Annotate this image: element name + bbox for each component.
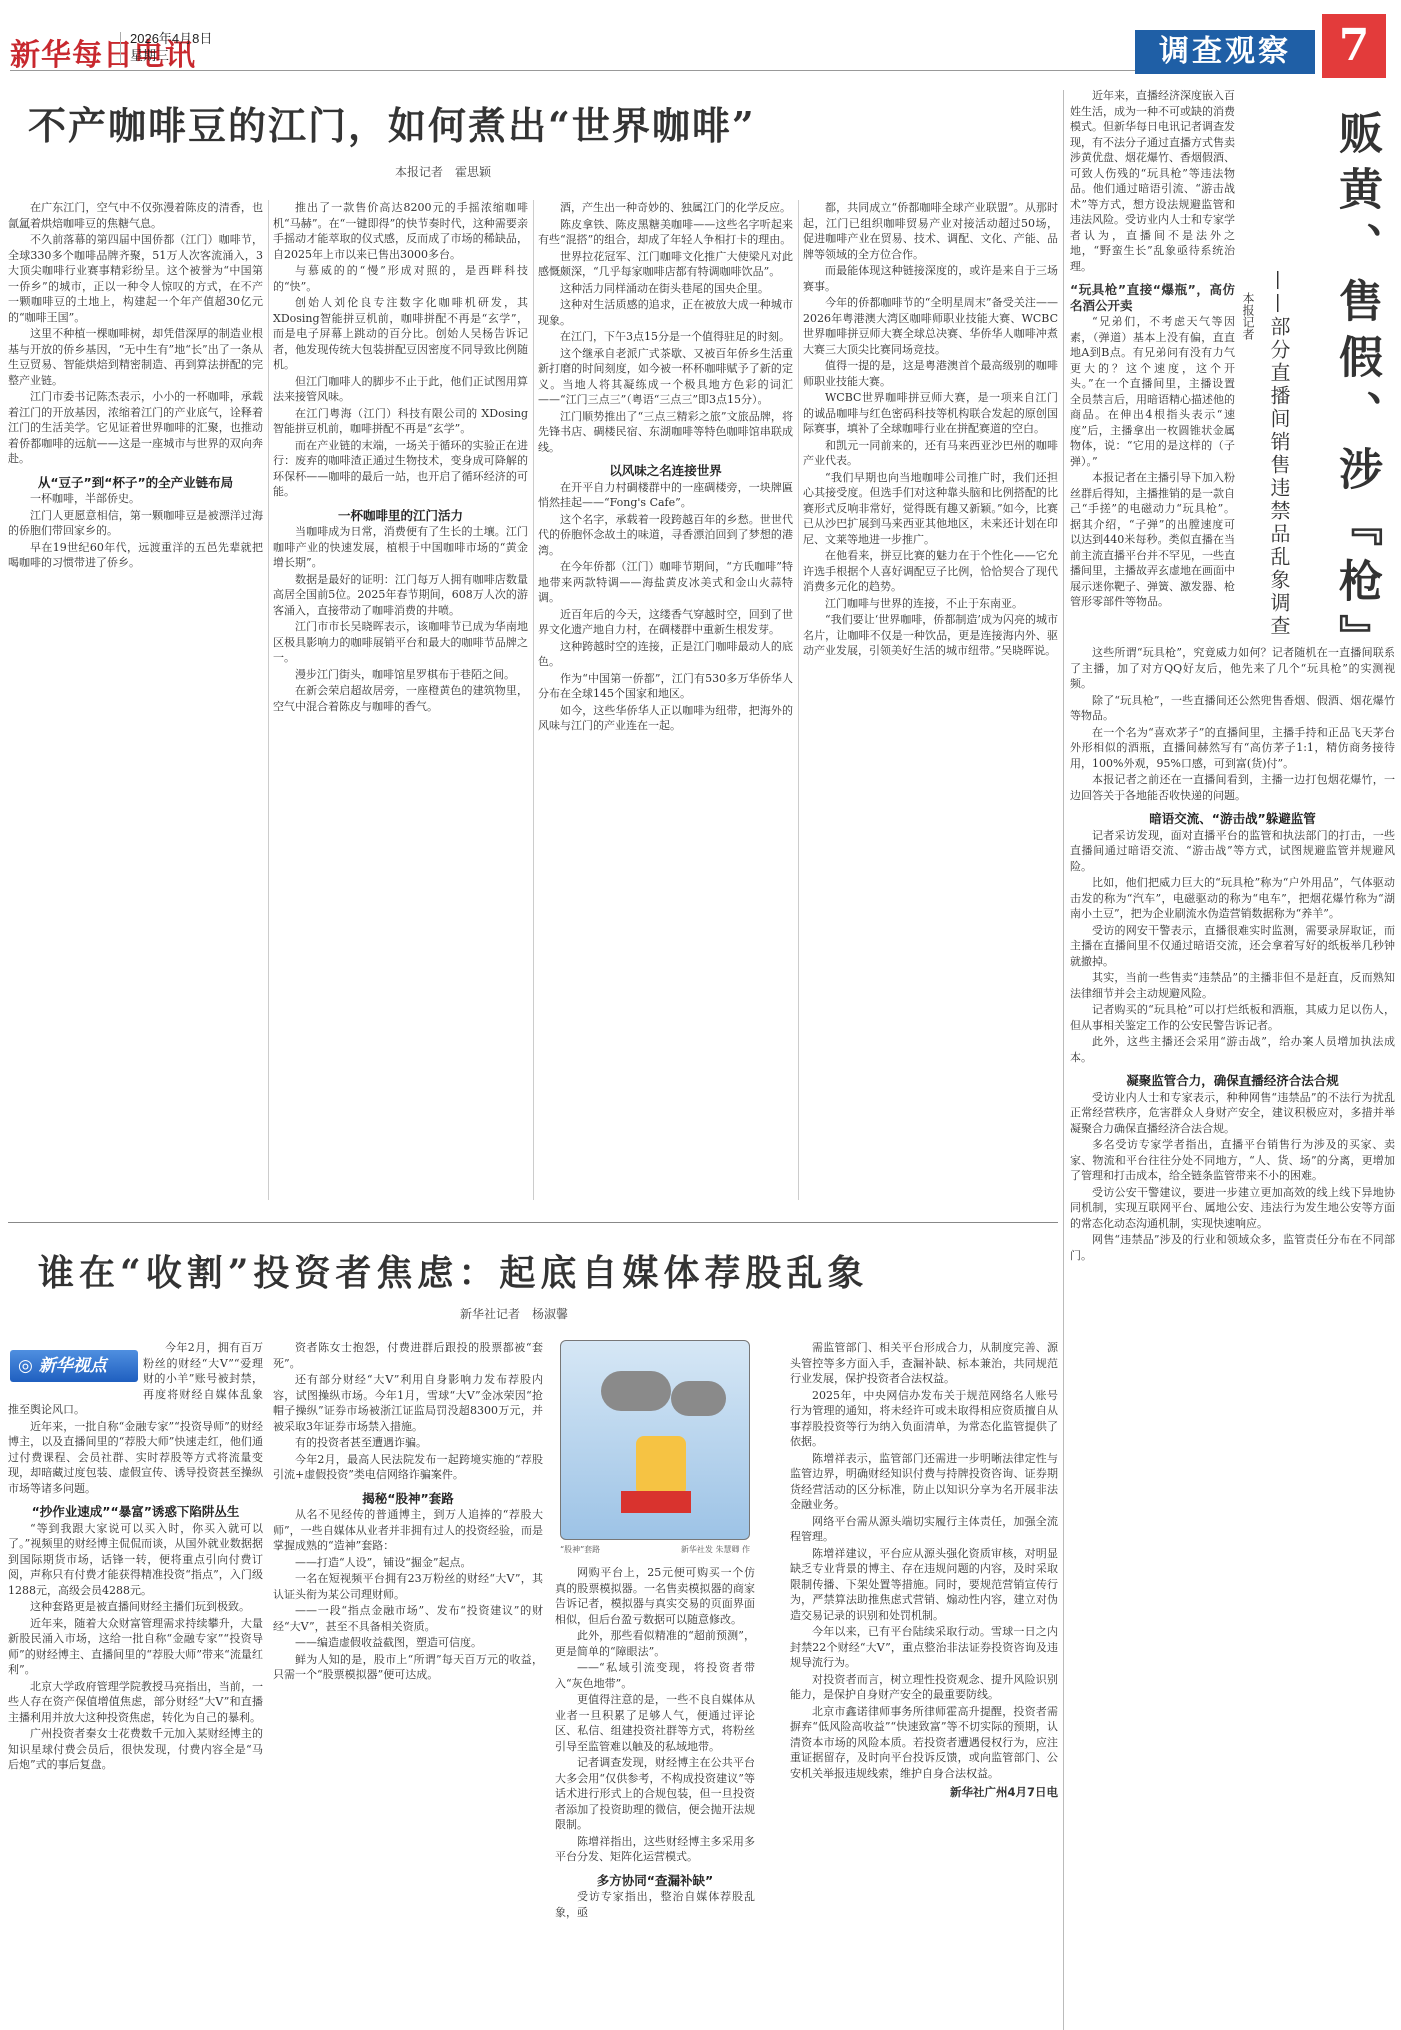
article1-column-3: 酒，产生出一种奇妙的、独属江门的化学反应。 陈皮拿铁、陈皮黑糖美咖啡——这些名字…	[538, 200, 793, 1200]
paragraph: 创始人刘伦良专注数字化咖啡机研发，其XDosing智能拼豆机前，咖啡拼配不再是“…	[273, 295, 528, 373]
paragraph: 推出了一款售价高达8200元的手摇浓缩咖啡机“马赫”。在“一键即得”的快节奏时代…	[273, 200, 528, 262]
paragraph: 漫步江门街头，咖啡馆星罗棋布于巷陌之间。	[273, 667, 528, 683]
paragraph: 在新会荣启超故居旁，一座橙黄色的建筑物里，空气中混合着陈皮与咖啡的香气。	[273, 683, 528, 714]
paragraph: 值得一提的是，这是粤港澳首个最高级别的咖啡师职业技能大赛。	[803, 358, 1058, 389]
paragraph: 江门咖啡与世界的连接，不止于东南亚。	[803, 596, 1058, 612]
paragraph: 记者采访发现，面对直播平台的监管和执法部门的打击，一些直播间通过暗语交流、“游击…	[1070, 828, 1395, 875]
paragraph: 在他看来，拼豆比赛的魅力在于个性化——它允许选手根据个人喜好调配豆子比例，恰恰契…	[803, 548, 1058, 595]
article2-subtitle: ——部分直播间销售违禁品乱象调查	[1265, 270, 1294, 638]
article2-subheading-3: 凝聚监管合力，确保直播经济合法合规	[1070, 1073, 1395, 1089]
paragraph: 在江门，下午3点15分是一个值得驻足的时刻。	[538, 329, 793, 345]
paragraph: 此外，这些主播还会采用“游击战”，给办案人员增加执法成本。	[1070, 1034, 1395, 1065]
paragraph: ——一段“指点金融市场”、发布“投资建议”的财经“大V”，甚至不具备相关资质。	[273, 1603, 543, 1634]
article1-subheading-2: 一杯咖啡里的江门活力	[273, 508, 528, 524]
paragraph: 而在产业链的末端，一场关于循环的实验正在进行：废弃的咖啡渣正通过生物技术，变身成…	[273, 438, 528, 500]
paragraph: 当咖啡成为日常，消费便有了生长的土壤。江门咖啡产业的快速发展，植根于中国咖啡市场…	[273, 524, 528, 571]
paragraph: “我们要让‘世界咖啡，侨都制造’成为闪亮的城市名片，让咖啡不仅是一种饮品，更是连…	[803, 612, 1058, 659]
paragraph: 近百年后的今天，这缕香气穿越时空，回到了世界文化遗产地自力村，在碉楼群中重新生根…	[538, 607, 793, 638]
paragraph: 在开平自力村碉楼群中的一座碉楼旁，一块牌匾悄然挂起——“Fong's Cafe”…	[538, 480, 793, 511]
section-divider	[1063, 90, 1064, 2030]
paragraph: 记者购买的“玩具枪”可以打烂纸板和酒瓶，其威力足以伤人，但从事相关鉴定工作的公安…	[1070, 1002, 1395, 1033]
paragraph: 更值得注意的是，一些不良自媒体从业者一旦积累了足够人气，便通过评论区、私信、组建…	[555, 1692, 755, 1754]
paragraph: 如今，这些华侨华人正以咖啡为纽带，把海外的风味与江门的产业连在一起。	[538, 703, 793, 734]
article1-column-2: 推出了一款售价高达8200元的手摇浓缩咖啡机“马赫”。在“一键即得”的快节奏时代…	[273, 200, 528, 1200]
paragraph: 受访专家指出，整治自媒体荐股乱象，亟	[555, 1889, 755, 1920]
paragraph: 陈增祥指出，这些财经博主多采用多平台分发、矩阵化运营模式。	[555, 1834, 755, 1865]
article-separator	[8, 1222, 1058, 1223]
weekday-text: 星期三	[130, 47, 212, 64]
column-divider	[268, 200, 269, 1200]
article2-subheading-1: “玩具枪”直接“爆瓶”，高仿名酒公开卖	[1070, 282, 1235, 313]
paragraph: 资者陈女士抱怨，付费进群后跟投的股票都被“套死”。	[273, 1340, 543, 1371]
paragraph: 这种套路更是被直播间财经主播们玩到极致。	[8, 1599, 263, 1615]
paragraph: 作为“中国第一侨都”，江门有530多万华侨华人分布在全球145个国家和地区。	[538, 671, 793, 702]
paragraph: 本报记者在主播引导下加入粉丝群后得知，主播推销的是一款自己“手搓”的电磁动力“玩…	[1070, 470, 1235, 610]
paragraph: WCBC世界咖啡拼豆师大赛，是一项来自江门的诚品咖啡与红色密码科技等机构联合发起…	[803, 390, 1058, 437]
column-divider	[798, 200, 799, 1200]
paragraph: “兄弟们，不考虑天气等因素，（弹道）基本上没有偏，直直地A到B点。有兄弟问有没有…	[1070, 314, 1235, 469]
paragraph: 从名不见经传的普通博主，到万人追捧的“荐股大师”，一些自媒体从业者并非拥有过人的…	[273, 1507, 543, 1554]
issue-date: 2026年4月8日 星期三	[130, 30, 212, 64]
paragraph: 此外，那些看似精准的“超前预测”，更是简单的“障眼法”。	[555, 1628, 755, 1659]
section-label: 调查观察	[1135, 30, 1315, 74]
paragraph: 世界拉花冠军、江门咖啡文化推广大使梁凡对此感慨颇深，“几乎每家咖啡店都有特调咖啡…	[538, 249, 793, 280]
caption-title: “股神”套路	[560, 1544, 600, 1555]
article2-column-top: 近年来，直播经济深度嵌入百姓生活，成为一种不可或缺的消费模式。但新华每日电讯记者…	[1070, 88, 1235, 643]
paragraph: ——编造虚假收益截图，塑造可信度。	[273, 1635, 543, 1651]
paragraph: 广州投资者秦女士花费数千元加入某财经博主的知识星球付费会员后，很快发现，付费内容…	[8, 1726, 263, 1773]
paragraph: 本报记者之前还在一直播间看到，主播一边打包烟花爆竹，一边回答关于各地能否收快递的…	[1070, 772, 1395, 803]
paragraph: 而最能体现这种链接深度的，或许是来自于三场赛事。	[803, 263, 1058, 294]
paragraph: “我们早期也向当地咖啡公司推广时，我们还担心其接受度。但选手们对这种靠头脑和比例…	[803, 470, 1058, 548]
paragraph: 今年以来，已有平台陆续采取行动。雪球一日之内封禁22个财经“大V”，重点整治非法…	[790, 1624, 1058, 1671]
badge-spacer	[8, 1340, 143, 1392]
paragraph: 这种对生活质感的追求，正在被放大成一种城市现象。	[538, 297, 793, 328]
paragraph: 网络平台需从源头端切实履行主体责任，加强全流程管理。	[790, 1514, 1058, 1545]
paragraph: ——“私域引流变现，将投资者带入“灰色地带”。	[555, 1660, 755, 1691]
masthead-rule	[10, 70, 1135, 71]
paragraph: 江门市委书记陈杰表示，小小的一杯咖啡，承载着江门的开放基因，浓缩着江门的产业底气…	[8, 389, 263, 467]
paragraph: 还有部分财经“大V”利用自身影响力发布荐股内容，试图操纵市场。今年1月，雪球“大…	[273, 1372, 543, 1434]
cartoon-cloud	[601, 1371, 671, 1411]
paragraph: 这些所谓“玩具枪”，究竟威力如何？记者随机在一直播间联系了主播，加了对方QQ好友…	[1070, 645, 1395, 692]
article1-subheading-3: 以风味之名连接世界	[538, 463, 793, 479]
paragraph: ——打造“人设”，铺设“掘金”起点。	[273, 1555, 543, 1571]
paragraph: 在广东江门，空气中不仅弥漫着陈皮的清香，也氤氲着烘焙咖啡豆的焦糖气息。	[8, 200, 263, 231]
paragraph: 网售“违禁品”涉及的行业和领域众多，监管责任分布在不同部门。	[1070, 1232, 1395, 1263]
article3-column-1: 今年2月，拥有百万粉丝的财经“大V”“爱理财的小羊”账号被封禁，再度将财经自媒体…	[8, 1340, 263, 2030]
article3-subheading-3: 多方协同“查漏补缺”	[555, 1873, 755, 1889]
paragraph: 有的投资者甚至遭遇诈骗。	[273, 1435, 543, 1451]
article1-byline: 本报记者 霍思颖	[395, 163, 491, 180]
paragraph: 早在19世纪60年代，远渡重洋的五邑先辈就把喝咖啡的习惯带进了侨乡。	[8, 540, 263, 571]
page-number: 7	[1322, 14, 1386, 78]
paragraph: 在江门粤海（江门）科技有限公司的 XDosing 智能拼豆机前，咖啡拼配不再是“…	[273, 406, 528, 437]
article1-column-4: 都，共同成立“侨都咖啡全球产业联盟”。从那时起，江门已组织咖啡贸易产业对接活动超…	[803, 200, 1058, 1200]
cartoon-cloud	[671, 1381, 726, 1416]
paragraph: 在一个名为“喜欢茅子”的直播间里，主播手持和正品飞天茅台外形相似的酒瓶，直播间赫…	[1070, 725, 1395, 772]
paragraph: 都，共同成立“侨都咖啡全球产业联盟”。从那时起，江门已组织咖啡贸易产业对接活动超…	[803, 200, 1058, 262]
paragraph: 除了“玩具枪”，一些直播间还公然兜售香烟、假酒、烟花爆竹等物品。	[1070, 693, 1395, 724]
paragraph: 近年来，一批自称“金融专家”“投资导师”的财经博主，以及直播间里的“荐股大师”快…	[8, 1419, 263, 1497]
paragraph: 陈增祥表示，监管部门还需进一步明晰法律定性与监管边界，明确财经知识付费与持牌投资…	[790, 1451, 1058, 1513]
paragraph: 比如，他们把威力巨大的“玩具枪”称为“户外用品”，气体驱动击发的称为“汽车”，电…	[1070, 875, 1395, 922]
article3-column-4: 需监管部门、相关平台形成合力，从制度完善、源头管控等多方面入手，查漏补缺、标本兼…	[790, 1340, 1058, 2030]
paragraph: 陈皮拿铁、陈皮黑糖美咖啡——这些名字听起来有些“混搭”的组合，却成了年轻人争相打…	[538, 217, 793, 248]
date-text: 2026年4月8日	[130, 30, 212, 47]
article3-dateline: 新华社广州4月7日电	[790, 1785, 1058, 1801]
article1-subheading-1: 从“豆子”到“杯子”的全产业链布局	[8, 475, 263, 491]
paragraph: 网购平台上，25元便可购买一个仿真的股票模拟器。一名售卖模拟器的商家告诉记者，模…	[555, 1565, 755, 1627]
paragraph: 在今年侨都（江门）咖啡节期间，“方氏咖啡”特地带来两款特调——海盐黄皮冰美式和金…	[538, 559, 793, 606]
paragraph: 与慕威的的“慢”形成对照的，是西畔科技的“快”。	[273, 263, 528, 294]
paragraph: 受访的网安干警表示，直播很难实时监测，需要录屏取证，而主播在直播间里不仅通过暗语…	[1070, 923, 1395, 970]
article1-headline: 不产咖啡豆的江门，如何煮出“世界咖啡”	[28, 95, 756, 150]
column-divider	[533, 200, 534, 1200]
paragraph: 记者调查发现，财经博主在公共平台大多会用“仅供参考，不构成投资建议”等话术进行形…	[555, 1755, 755, 1833]
paragraph: 一杯咖啡，半部侨史。	[8, 491, 263, 507]
paragraph: 这里不种植一棵咖啡树，却凭借深厚的制造业根基与开放的侨乡基因，“无中生有”地“长…	[8, 326, 263, 388]
caption-credit: 新华社发 朱慧卿 作	[681, 1544, 750, 1555]
editorial-cartoon	[560, 1340, 750, 1540]
article2-headline: 贩黄、售假、涉『枪』	[1318, 110, 1388, 670]
paragraph: 需监管部门、相关平台形成合力，从制度完善、源头管控等多方面入手，查漏补缺、标本兼…	[790, 1340, 1058, 1387]
article3-headline: 谁在“收割”投资者焦虑：起底自媒体荐股乱象	[38, 1245, 868, 1296]
paragraph: 今年2月，最高人民法院发布一起跨境实施的“荐股引流+虚假投资”类电信网络诈骗案件…	[273, 1452, 543, 1483]
article1-column-1: 在广东江门，空气中不仅弥漫着陈皮的清香，也氤氲着烘焙咖啡豆的焦糖气息。 不久前落…	[8, 200, 263, 1200]
masthead-divider	[120, 32, 121, 64]
article3-column-2: 资者陈女士抱怨，付费进群后跟投的股票都被“套死”。 还有部分财经“大V”利用自身…	[273, 1340, 543, 2030]
paragraph: 江门顺势推出了“三点三精彩之旅”文旅品牌，将先锋书店、碉楼民宿、东湖咖啡等特色咖…	[538, 409, 793, 456]
paragraph: 这个继承自老派广式茶歇、又被百年侨乡生活重新打磨的时间刻度，如今被一杯杯咖啡赋予…	[538, 346, 793, 408]
article3-column-3: 网购平台上，25元便可购买一个仿真的股票模拟器。一名售卖模拟器的商家告诉记者，模…	[555, 1565, 755, 2030]
paragraph: 2025年，中央网信办发布关于规范网络名人账号行为管理的通知，将未经许可或未取得…	[790, 1388, 1058, 1450]
paragraph: 受访业内人士和专家表示，种种网售“违禁品”的不法行为扰乱正常经营秩序，危害群众人…	[1070, 1090, 1395, 1137]
paragraph: 数据是最好的证明：江门每万人拥有咖啡店数量高居全国前5位。2025年春节期间，6…	[273, 572, 528, 619]
article2-column-bottom: 这些所谓“玩具枪”，究竟威力如何？记者随机在一直播间联系了主播，加了对方QQ好友…	[1070, 645, 1395, 2025]
article2-byline: 本报记者	[1240, 292, 1257, 340]
paragraph: 近年来，随着大众财富管理需求持续攀升，大量新股民涌入市场，这给一批自称“金融专家…	[8, 1616, 263, 1678]
paragraph: 但江门咖啡人的脚步不止于此，他们正试图用算法来接管风味。	[273, 374, 528, 405]
paragraph: 不久前落幕的第四届中国侨都（江门）咖啡节，全球330多个咖啡品牌齐聚，51万人次…	[8, 232, 263, 325]
cartoon-figure	[636, 1436, 686, 1496]
paragraph: 北京大学政府管理学院教授马亮指出，当前，一些人存在资产保值增值焦虑，部分财经“大…	[8, 1679, 263, 1726]
paragraph: 近年来，直播经济深度嵌入百姓生活，成为一种不可或缺的消费模式。但新华每日电讯记者…	[1070, 88, 1235, 274]
paragraph: 受访公安干警建议，要进一步建立更加高效的线上线下异地协同机制，实现互联网平台、属…	[1070, 1185, 1395, 1232]
paragraph: 今年的侨都咖啡节的“全明星周末”备受关注——2026年粤港澳大湾区咖啡师职业技能…	[803, 295, 1058, 357]
article3-subheading-2: 揭秘“股神”套路	[273, 1491, 543, 1507]
cartoon-sign	[621, 1491, 691, 1513]
paragraph: 鲜为人知的是，股市上“所谓”每天百万元的收益，只需一个“股票模拟器”便可达成。	[273, 1652, 543, 1683]
paragraph: 对投资者而言，树立理性投资观念、提升风险识别能力，是保护自身财产安全的最重要防线…	[790, 1672, 1058, 1703]
paragraph: 多名受访专家学者指出，直播平台销售行为涉及的买家、卖家、物流和平台往往分处不同地…	[1070, 1137, 1395, 1184]
paragraph: 江门人更愿意相信，第一颗咖啡豆是被漂洋过海的侨胞们带回家乡的。	[8, 508, 263, 539]
article2-subheading-2: 暗语交流、“游击战”躲避监管	[1070, 811, 1395, 827]
paragraph: 北京市鑫诺律师事务所律师霍高升提醒，投资者需摒弃“低风险高收益”“快速致富”等不…	[790, 1704, 1058, 1782]
paragraph: 江门市市长吴晓晖表示，该咖啡节已成为华南地区极具影响力的咖啡展销平台和最大的咖啡…	[273, 619, 528, 666]
paragraph: 其实，当前一些售卖“违禁品”的主播非但不是赶直，反而熟知法律细节并会主动规避风险…	[1070, 970, 1395, 1001]
masthead: 新华每日电讯 2026年4月8日 星期三	[10, 24, 1310, 72]
paragraph: 酒，产生出一种奇妙的、独属江门的化学反应。	[538, 200, 793, 216]
paragraph: 陈增祥建议，平台应从源头强化资质审核，对明显缺乏专业背景的博主、存在违规问题的内…	[790, 1546, 1058, 1624]
paragraph: 这个名字，承载着一段跨越百年的乡愁。世世代代的侨胞怀念故土的味道，寻香漂泊回到了…	[538, 512, 793, 559]
paragraph: 一名在短视频平台拥有23万粉丝的财经“大V”，其认证头衔为某公司理财师。	[273, 1571, 543, 1602]
cartoon-caption: “股神”套路 新华社发 朱慧卿 作	[560, 1544, 750, 1555]
article3-byline: 新华社记者 杨淑馨	[460, 1305, 568, 1322]
paragraph: 这种活力同样涌动在街头巷尾的国央企里。	[538, 281, 793, 297]
paragraph: “等到我跟大家说可以买入时，你买入就可以了。”视频里的财经博主侃侃而谈，从国外就…	[8, 1521, 263, 1599]
paragraph: 和凯元一同前来的，还有马来西亚沙巴州的咖啡产业代表。	[803, 438, 1058, 469]
article3-subheading-1: “抄作业速成”“暴富”诱惑下陷阱丛生	[8, 1504, 263, 1520]
paragraph: 这种跨越时空的连接，正是江门咖啡最动人的底色。	[538, 639, 793, 670]
